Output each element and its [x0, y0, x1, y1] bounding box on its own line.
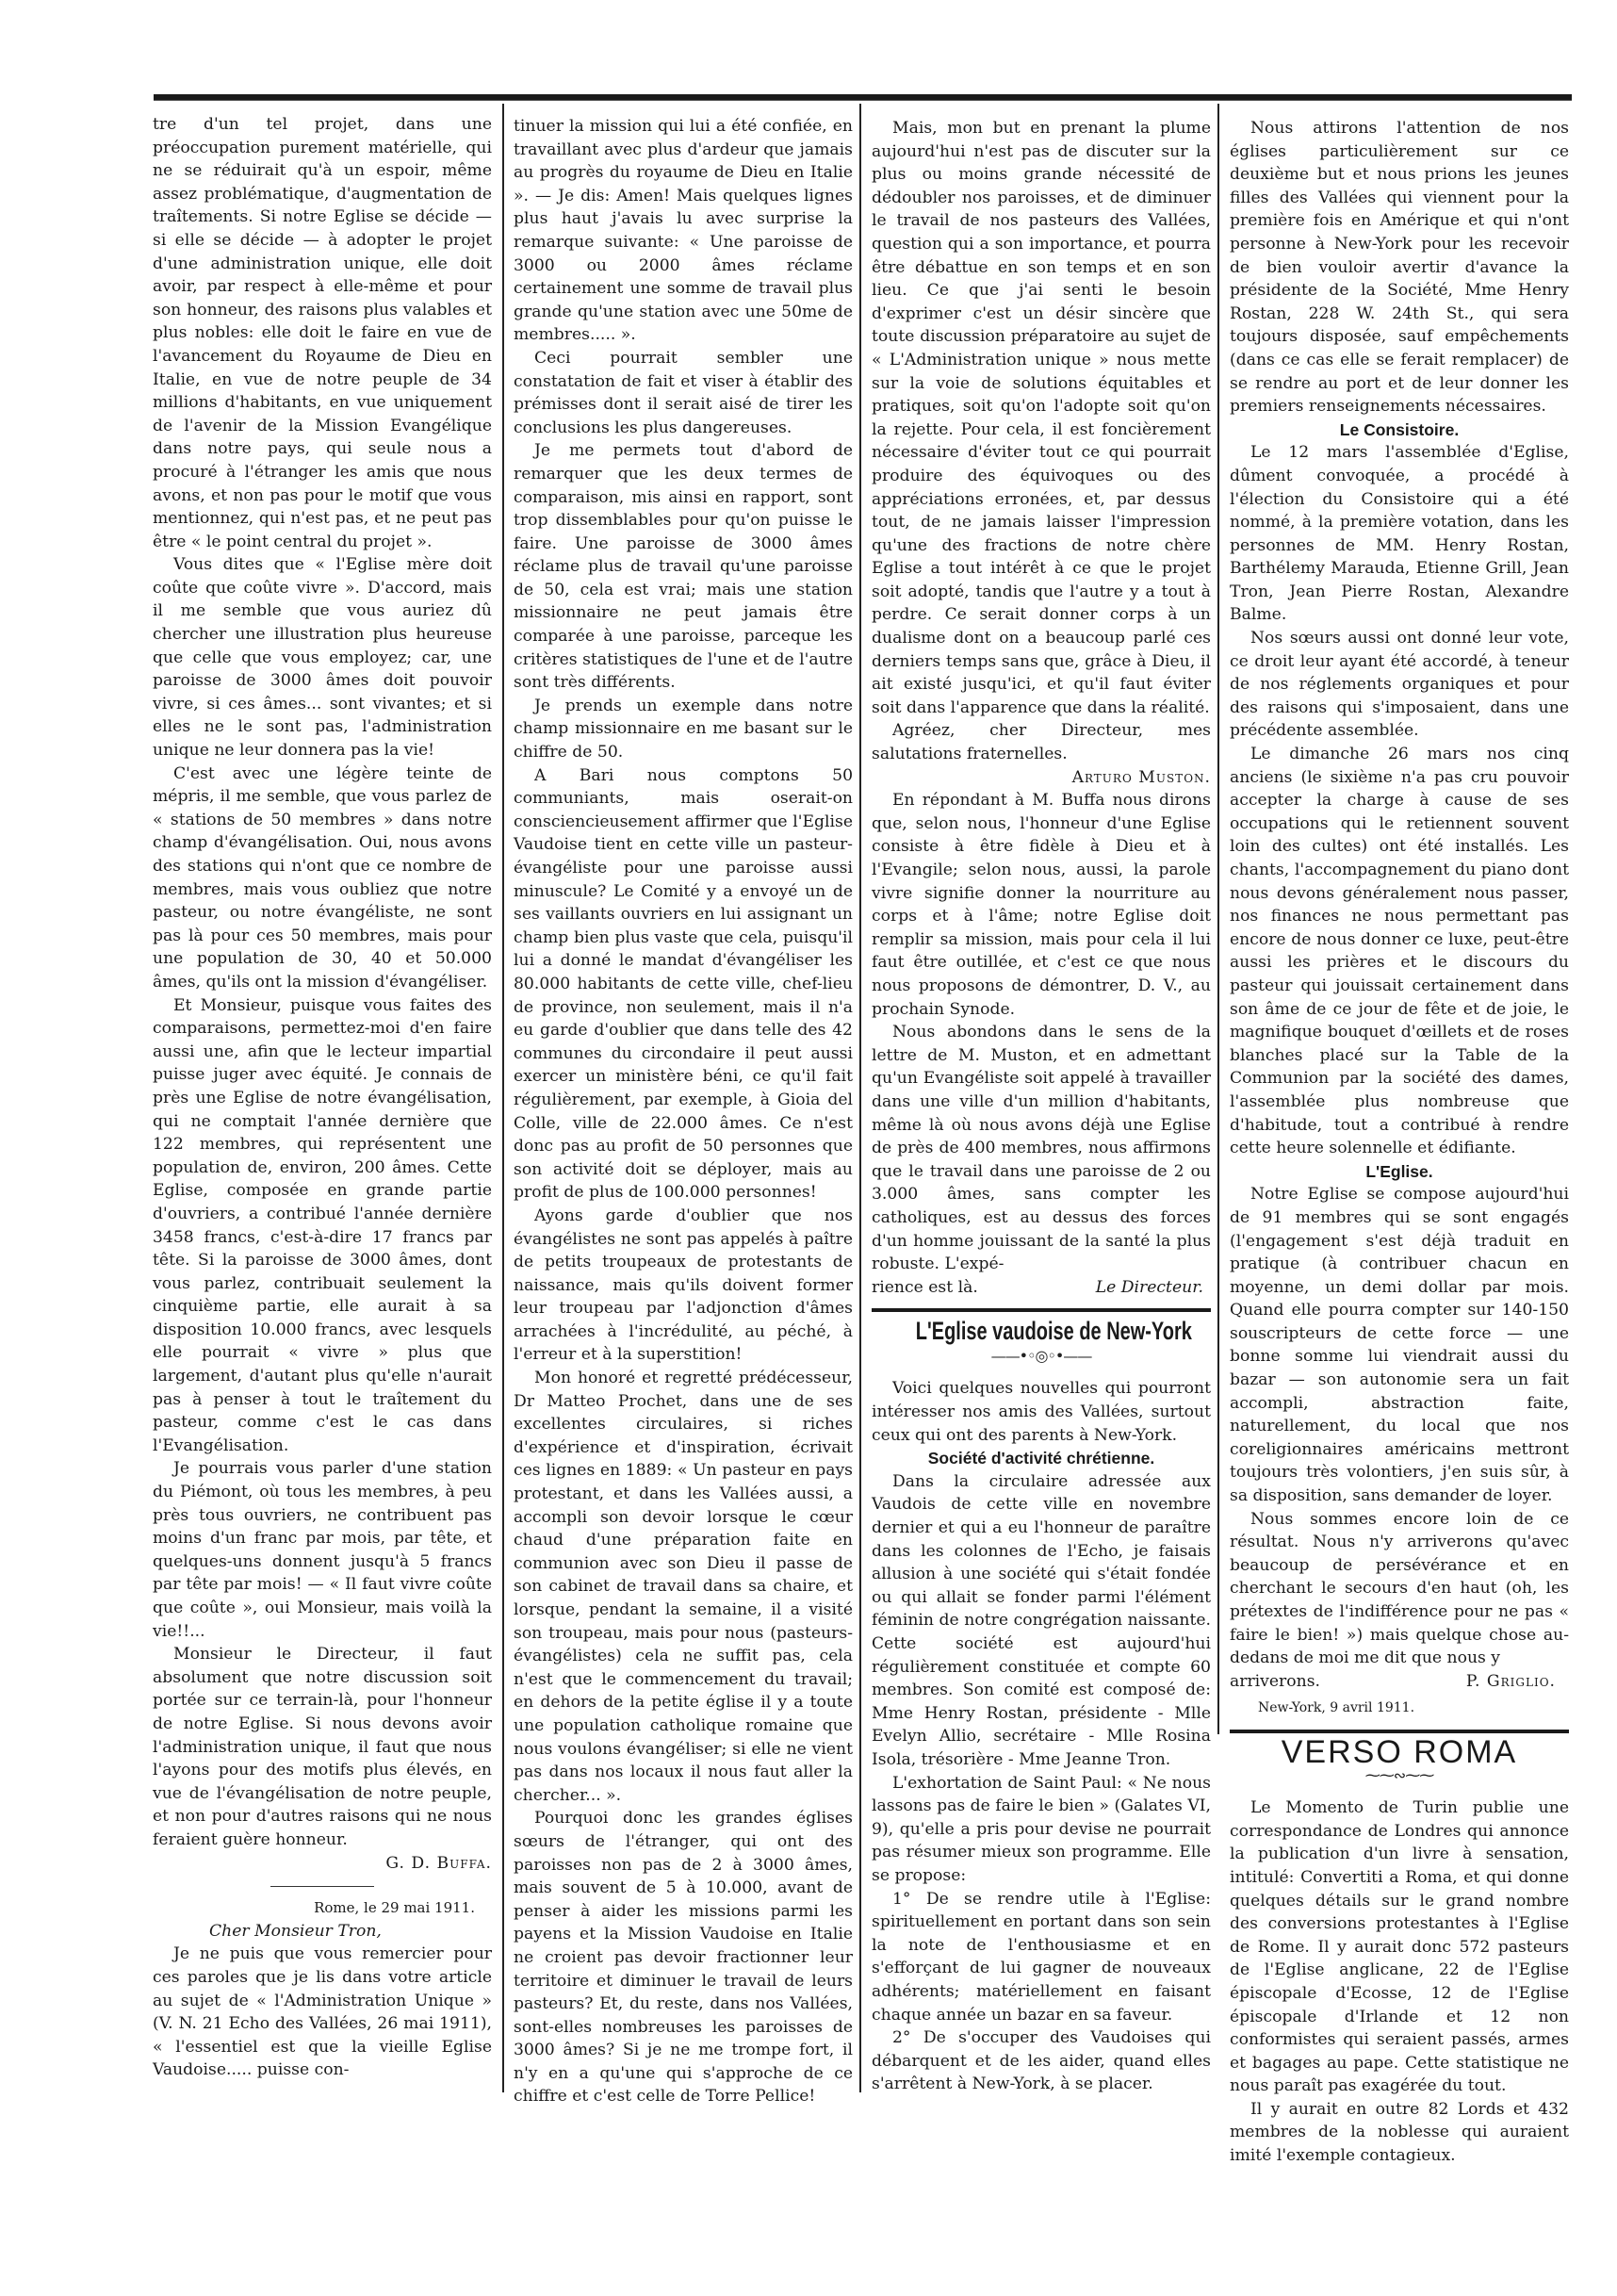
paragraph: Je prends un exemple dans notre champ mi… — [514, 695, 853, 764]
paragraph: Ceci pourrait sembler une constatation d… — [514, 347, 853, 439]
section-rule — [872, 1308, 1211, 1312]
paragraph: Je pourrais vous parler d'une station du… — [153, 1457, 492, 1643]
ornament-divider: ⁓⁓∾⁓⁓ — [1230, 1764, 1569, 1788]
signature-muston: Arturo Muston. — [872, 766, 1211, 790]
paragraph: Le 12 mars l'assemblée d'Eglise, dûment … — [1230, 441, 1569, 627]
paragraph: En répondant à M. Buffa nous dirons que,… — [872, 789, 1211, 1021]
paragraph: Dans la circulaire adressée aux Vaudois … — [872, 1470, 1211, 1772]
paragraph: Mon honoré et regretté prédécesseur, Dr … — [514, 1367, 853, 1807]
subhead-consistoire: Le Consistoire. — [1230, 418, 1569, 442]
paragraph: Mais, mon but en prenant la plume aujour… — [872, 117, 1211, 719]
paragraph: Nous attirons l'attention de nos églises… — [1230, 117, 1569, 418]
paragraph: Voici quelques nouvelles qui pourront in… — [872, 1377, 1211, 1447]
paragraph: Nous abondons dans le sens de la lettre … — [872, 1021, 1211, 1276]
salutation: Cher Monsieur Tron, — [153, 1920, 492, 1943]
griglio-signoff: arriverons. P. Griglio. — [1230, 1670, 1569, 1694]
paragraph: Le dimanche 26 mars nos cinq anciens (le… — [1230, 743, 1569, 1160]
paragraph: Il y aurait en outre 82 Lords et 432 mem… — [1230, 2098, 1569, 2168]
paragraph: Je ne puis que vous remercier pour ces p… — [153, 1943, 492, 2082]
paragraph: Notre Eglise se compose aujourd'hui de 9… — [1230, 1183, 1569, 1507]
paragraph: Pourquoi donc les grandes églises sœurs … — [514, 1807, 853, 2108]
ornament-divider: ——•◦◎◦•—— — [872, 1345, 1211, 1369]
paragraph: Nous sommes encore loin de ce résultat. … — [1230, 1508, 1569, 1670]
paragraph: 2° De s'occuper des Vaudoises qui débarq… — [872, 2026, 1211, 2096]
paragraph: C'est avec une légère teinte de mépris, … — [153, 763, 492, 994]
dateline-rome: Rome, le 29 mai 1911. — [153, 1896, 492, 1920]
signature-buffa: G. D. Buffa. — [153, 1852, 492, 1876]
separator — [270, 1886, 374, 1887]
column-3: Mais, mon but en prenant la plume aujour… — [872, 117, 1211, 2096]
section-rule — [1230, 1730, 1569, 1733]
editor-signoff: rience est là. Le Directeur. — [872, 1276, 1211, 1300]
paragraph: Agréez, cher Directeur, mes salutations … — [872, 719, 1211, 765]
paragraph: A Bari nous comptons 50 communiants, mai… — [514, 764, 853, 1205]
column-divider — [859, 104, 861, 2092]
paragraph: Ayons garde d'oublier que nos évangélist… — [514, 1205, 853, 1367]
column-divider — [502, 104, 504, 2092]
last-word: arriverons. — [1230, 1670, 1320, 1694]
subhead-eglise: L'Eglise. — [1230, 1160, 1569, 1184]
paragraph: tre d'un tel projet, dans une préoccupat… — [153, 113, 492, 553]
last-line: rience est là. — [872, 1276, 978, 1300]
column-divider — [1217, 104, 1219, 1734]
paragraph: Nos sœurs aussi ont donné leur vote, ce … — [1230, 627, 1569, 743]
paragraph: Vous dites que « l'Eglise mère doit coût… — [153, 553, 492, 762]
section-title-new-york: L'Eglise vaudoise de New-York — [916, 1320, 1167, 1343]
top-rule — [154, 94, 1572, 101]
column-1: tre d'un tel projet, dans une préoccupat… — [153, 113, 492, 2082]
section-title-verso-roma: VERSO ROMA — [1230, 1741, 1569, 1764]
paragraph: L'exhortation de Saint Paul: « Ne nous l… — [872, 1772, 1211, 1888]
column-4: Nous attirons l'attention de nos églises… — [1230, 117, 1569, 2168]
paragraph: tinuer la mission qui lui a été confiée,… — [514, 115, 853, 347]
column-2: tinuer la mission qui lui a été confiée,… — [514, 115, 853, 2108]
subhead-societe: Société d'activité chrétienne. — [872, 1447, 1211, 1470]
dateline-new-york: New-York, 9 avril 1911. — [1230, 1697, 1569, 1720]
paragraph: Je me permets tout d'abord de remarquer … — [514, 439, 853, 695]
paragraph: Et Monsieur, puisque vous faites des com… — [153, 994, 492, 1458]
signature-directeur: Le Directeur. — [1096, 1276, 1211, 1300]
paragraph: Le Momento de Turin publie une correspon… — [1230, 1796, 1569, 2098]
paragraph: 1° De se rendre utile à l'Eglise: spirit… — [872, 1888, 1211, 2027]
paragraph: Monsieur le Directeur, il faut absolumen… — [153, 1643, 492, 1851]
signature-griglio: P. Griglio. — [1466, 1670, 1569, 1694]
